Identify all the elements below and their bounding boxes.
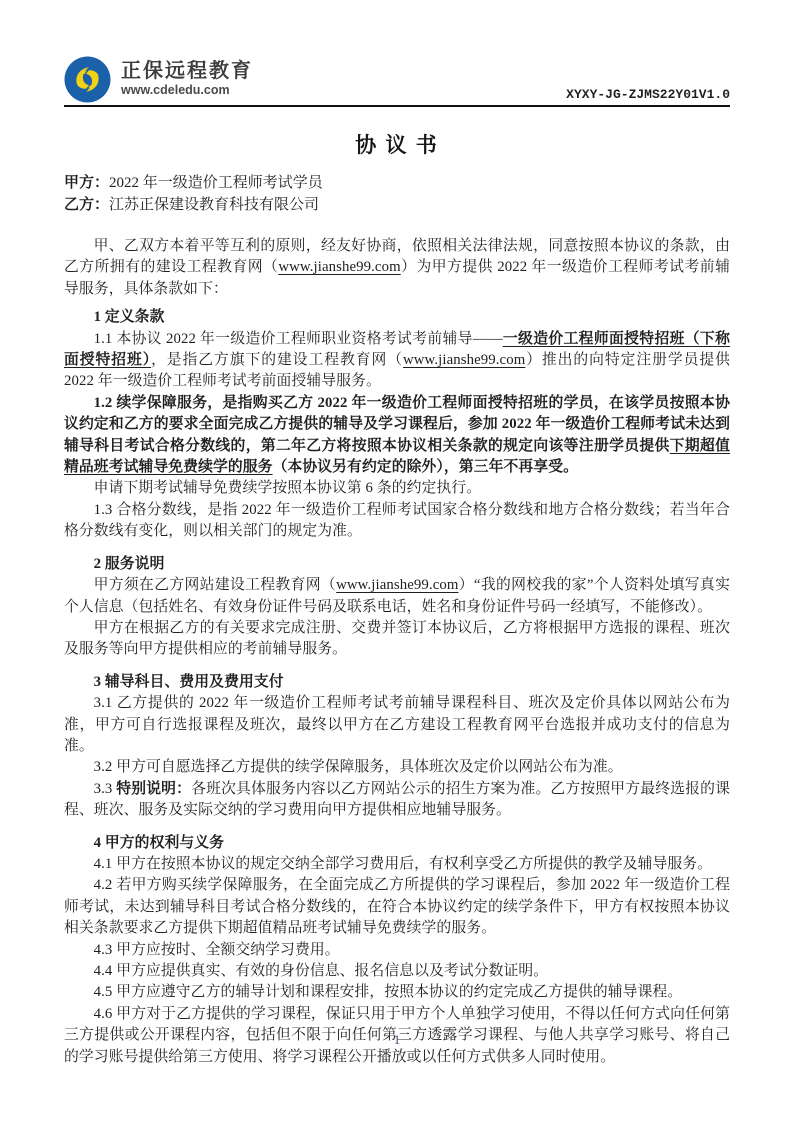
document-body: 甲、乙双方本着平等互利的原则，经友好协商，依照相关法律法规，同意按照本协议的条款… <box>64 236 730 1068</box>
swirl-globe-logo-icon <box>64 56 111 103</box>
text-run: 甲方须在乙方网站建设工程教育网（ <box>94 577 337 593</box>
text-run: 4 甲方的权利与义务 <box>94 835 224 851</box>
text-run: 特别说明： <box>116 781 191 797</box>
party-row-b: 乙方：江苏正保建设教育科技有限公司 <box>64 195 730 217</box>
paragraph: 4.2 若甲方购买续学保障服务，在全面完成乙方所提供的学习课程后，参加 2022… <box>64 875 730 939</box>
text-run: 甲方在根据乙方的有关要求完成注册、交费并签订本协议后，乙方将根据甲方选报的课程、… <box>64 620 730 657</box>
paragraph: 3.3 特别说明：各班次具体服务内容以乙方网站公示的招生方案为准。乙方按照甲方最… <box>64 779 730 822</box>
page: 正保远程教育 www.cdeledu.com XYXY-JG-ZJMS22Y01… <box>0 0 794 1123</box>
paragraph: 1.1 本协议 2022 年一级造价工程师职业资格考试考前辅导——一级造价工程师… <box>64 329 730 393</box>
text-run: 4.3 甲方应按时、全额交纳学习费用。 <box>94 942 340 958</box>
paragraph: 甲方在根据乙方的有关要求完成注册、交费并签订本协议后，乙方将根据甲方选报的课程、… <box>64 618 730 661</box>
party-a-label: 甲方： <box>64 175 109 191</box>
text-run: 1.3 合格分数线，是指 2022 年一级造价工程师考试国家合格分数线和地方合格… <box>64 502 730 539</box>
paragraph: 3.2 甲方可自愿选择乙方提供的续学保障服务，具体班次及定价以网站公布为准。 <box>64 757 730 778</box>
paragraph: 3.1 乙方提供的 2022 年一级造价工程师考试考前辅导课程科目、班次及定价具… <box>64 693 730 757</box>
text-run: 3 辅导科目、费用及费用支付 <box>94 674 284 690</box>
text-run: 3.3 <box>94 781 117 797</box>
text-run: 4.2 若甲方购买续学保障服务，在全面完成乙方所提供的学习课程后，参加 2022… <box>64 877 730 936</box>
page-number: 1 <box>0 1032 794 1048</box>
text-run: 1.2 续学保障服务，是指购买乙方 2022 年一级造价工程师面授特招班的学员，… <box>64 395 730 454</box>
text-run: 1 定义条款 <box>94 309 165 325</box>
party-b-label: 乙方： <box>64 197 109 213</box>
section-heading: 4 甲方的权利与义务 <box>64 833 730 854</box>
text-run: ，是指乙方旗下的建设工程教育网（ <box>151 352 403 368</box>
text-run: （本协议另有约定的除外），第三年不再享受。 <box>273 459 578 475</box>
paragraph: 甲方须在乙方网站建设工程教育网（www.jianshe99.com）“我的网校我… <box>64 575 730 618</box>
brand-url: www.cdeledu.com <box>121 84 253 97</box>
url-text: www.jianshe99.com <box>336 577 458 593</box>
brand-text: 正保远程教育 www.cdeledu.com <box>121 61 253 97</box>
paragraph: 4.5 甲方应遵守乙方的辅导计划和课程安排，按照本协议的约定完成乙方提供的辅导课… <box>64 982 730 1003</box>
party-b-value: 江苏正保建设教育科技有限公司 <box>109 197 319 213</box>
url-text: www.jianshe99.com <box>278 259 400 275</box>
brand: 正保远程教育 www.cdeledu.com <box>64 56 253 103</box>
brand-name: 正保远程教育 <box>121 61 253 82</box>
paragraph: 1.2 续学保障服务，是指购买乙方 2022 年一级造价工程师面授特招班的学员，… <box>64 393 730 479</box>
section-heading: 1 定义条款 <box>64 307 730 328</box>
text-run: 3.2 甲方可自愿选择乙方提供的续学保障服务，具体班次及定价以网站公布为准。 <box>94 759 623 775</box>
text-run: 申请下期考试辅导免费续学按照本协议第 6 条的约定执行。 <box>94 480 482 496</box>
header: 正保远程教育 www.cdeledu.com XYXY-JG-ZJMS22Y01… <box>64 48 730 107</box>
text-run: 1.1 本协议 2022 年一级造价工程师职业资格考试考前辅导—— <box>94 331 503 347</box>
party-row-a: 甲方：2022 年一级造价工程师考试学员 <box>64 173 730 195</box>
paragraph: 申请下期考试辅导免费续学按照本协议第 6 条的约定执行。 <box>64 478 730 499</box>
text-run: 2 服务说明 <box>94 556 165 572</box>
paragraph: 1.3 合格分数线，是指 2022 年一级造价工程师考试国家合格分数线和地方合格… <box>64 500 730 543</box>
section-heading: 3 辅导科目、费用及费用支付 <box>64 672 730 693</box>
paragraph: 4.4 甲方应提供真实、有效的身份信息、报名信息以及考试分数证明。 <box>64 961 730 982</box>
paragraph: 4.1 甲方在按照本协议的规定交纳全部学习费用后，有权利享受乙方所提供的教学及辅… <box>64 854 730 875</box>
paragraph: 4.3 甲方应按时、全额交纳学习费用。 <box>64 940 730 961</box>
party-a-value: 2022 年一级造价工程师考试学员 <box>109 175 323 191</box>
paragraph: 甲、乙双方本着平等互利的原则，经友好协商，依照相关法律法规，同意按照本协议的条款… <box>64 236 730 300</box>
text-run: 4.5 甲方应遵守乙方的辅导计划和课程安排，按照本协议的约定完成乙方提供的辅导课… <box>94 984 683 1000</box>
doc-code: XYXY-JG-ZJMS22Y01V1.0 <box>566 87 730 103</box>
text-run: 4.1 甲方在按照本协议的规定交纳全部学习费用后，有权利享受乙方所提供的教学及辅… <box>94 856 712 872</box>
section-heading: 2 服务说明 <box>64 554 730 575</box>
doc-title: 协 议 书 <box>0 129 794 159</box>
url-text: www.jianshe99.com <box>403 352 525 368</box>
text-run: 4.4 甲方应提供真实、有效的身份信息、报名信息以及考试分数证明。 <box>94 963 549 979</box>
parties: 甲方：2022 年一级造价工程师考试学员 乙方：江苏正保建设教育科技有限公司 <box>64 173 730 216</box>
text-run: 3.1 乙方提供的 2022 年一级造价工程师考试考前辅导课程科目、班次及定价具… <box>64 695 730 754</box>
